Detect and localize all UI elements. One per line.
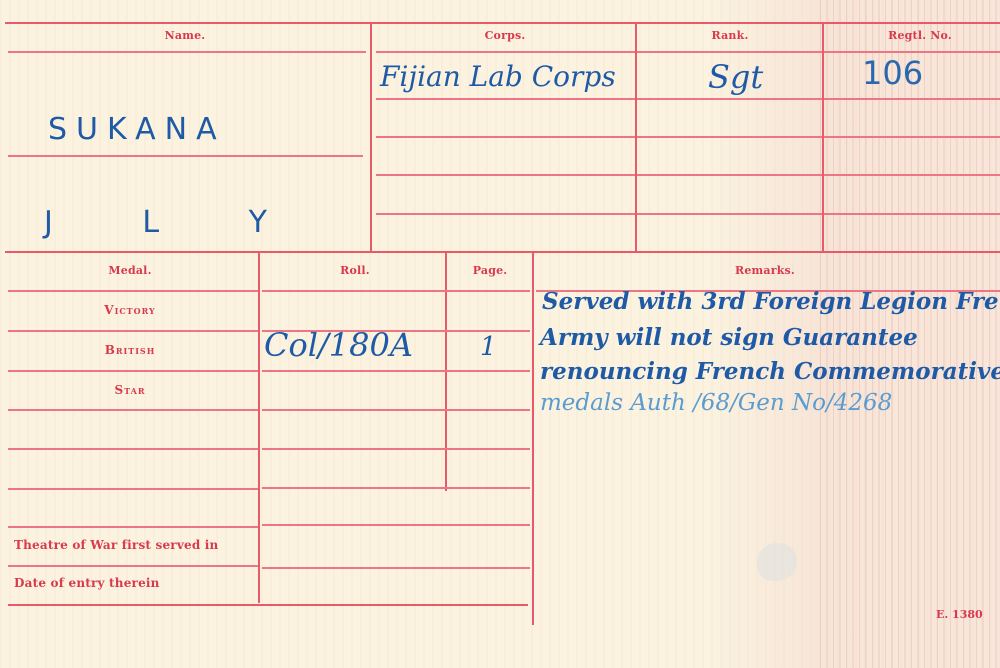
rule — [8, 565, 258, 567]
page-label: Page. — [450, 264, 530, 277]
rule — [262, 290, 530, 292]
remarks-line-1: Served with 3rd Foreign Legion French — [542, 288, 1000, 315]
rule — [262, 567, 530, 569]
rule — [376, 98, 1000, 100]
rule — [8, 409, 258, 411]
bottom-rule — [8, 604, 528, 606]
date-label: Date of entry therein — [14, 576, 264, 590]
rule — [8, 290, 258, 292]
name-label: Name. — [140, 29, 230, 42]
rule — [8, 330, 258, 332]
page-value: 1 — [480, 332, 497, 362]
column-divider — [635, 24, 637, 252]
rule — [8, 370, 258, 372]
medal-star: Star — [80, 383, 180, 397]
column-divider — [532, 253, 534, 625]
rule — [262, 370, 530, 372]
column-divider — [370, 24, 372, 252]
roll-value: Col/180A — [264, 326, 413, 364]
section-divider — [5, 251, 1000, 253]
rule — [262, 524, 530, 526]
remarks-label: Remarks. — [715, 264, 815, 277]
surname-value: SUKANA — [48, 112, 226, 147]
rule — [376, 136, 1000, 138]
column-divider — [822, 24, 824, 252]
rule — [376, 213, 1000, 215]
remarks-line-2: Army will not sign Guarantee — [540, 324, 918, 351]
rank-label: Rank. — [685, 29, 775, 42]
rule — [8, 51, 366, 53]
theatre-label: Theatre of War first served in — [14, 538, 264, 552]
rule — [376, 174, 1000, 176]
rule — [262, 409, 530, 411]
medal-index-card: Name. Corps. Rank. Regtl. No. SUKANA J L… — [0, 0, 1000, 668]
embossed-seal — [757, 543, 797, 581]
rule — [8, 448, 258, 450]
corps-value: Fijian Lab Corps — [380, 60, 616, 93]
rank-value: Sgt — [708, 58, 763, 96]
rule — [376, 51, 1000, 53]
initials-value: J L Y — [44, 205, 307, 240]
rule — [262, 448, 530, 450]
rule — [8, 155, 363, 157]
rule — [8, 526, 258, 528]
medal-british: British — [80, 343, 180, 357]
medal-label: Medal. — [80, 264, 180, 277]
remarks-line-4: medals Auth /68/Gen No/4268 — [540, 390, 892, 416]
roll-label: Roll. — [305, 264, 405, 277]
column-divider — [445, 253, 447, 491]
rule — [262, 487, 530, 489]
regtl-no-label: Regtl. No. — [860, 29, 980, 42]
remarks-line-3: renouncing French Commemorative — [540, 358, 1000, 385]
rule — [8, 488, 258, 490]
medal-victory: Victory — [80, 303, 180, 317]
regtl-no-value: 106 — [862, 54, 923, 92]
corps-label: Corps. — [460, 29, 550, 42]
form-number: E. 1380 — [936, 608, 983, 621]
top-border — [5, 22, 1000, 24]
